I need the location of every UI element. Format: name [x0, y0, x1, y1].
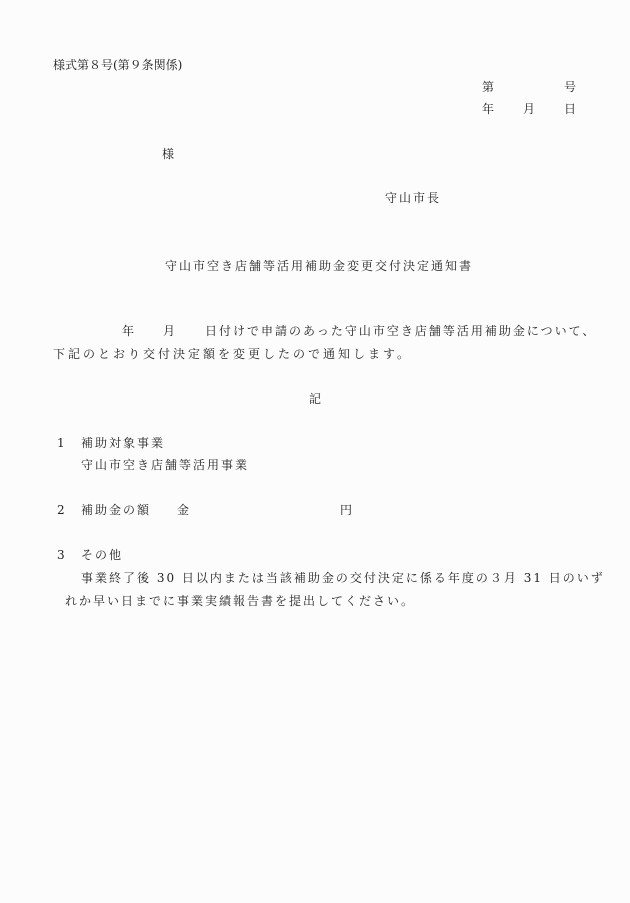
date-day: 日: [564, 102, 576, 116]
item-3-num: 3: [57, 548, 65, 562]
date-year: 年: [482, 102, 494, 116]
item-2-suffix: 円: [340, 503, 352, 517]
item-1-num: 1: [57, 436, 65, 450]
body-line1: 日付けで申請のあった守山市空き店舗等活用補助金について、: [205, 324, 596, 338]
item-3-detail-line1: 事業終了後 30 日以内または当該補助金の交付決定に係る年度の３月 31 日のい…: [81, 571, 605, 585]
body-line2: 下記のとおり交付決定額を変更したので通知します。: [53, 347, 412, 361]
item-3-detail-line2: れか早い日までに事業実績報告書を提出してください。: [65, 594, 415, 608]
doc-number-go: 号: [564, 80, 576, 94]
date-month: 月: [523, 102, 535, 116]
body-year: 年: [122, 324, 134, 338]
form-label: 様式第８号(第９条関係): [53, 58, 182, 72]
item-2-prefix: 金: [177, 503, 189, 517]
issuer: 守山市長: [385, 191, 441, 205]
item-1-detail: 守山市空き店舗等活用事業: [81, 458, 249, 472]
item-3-heading: その他: [81, 548, 123, 562]
item-1-heading: 補助対象事業: [81, 436, 165, 450]
item-2-heading: 補助金の額: [81, 503, 151, 517]
body-month: 月: [163, 324, 175, 338]
ki-label: 記: [309, 392, 321, 406]
addressee-suffix: 様: [162, 147, 174, 161]
page-title: 守山市空き店舗等活用補助金変更交付決定通知書: [165, 259, 473, 273]
item-2-num: 2: [57, 503, 65, 517]
doc-number-dai: 第: [482, 80, 494, 94]
